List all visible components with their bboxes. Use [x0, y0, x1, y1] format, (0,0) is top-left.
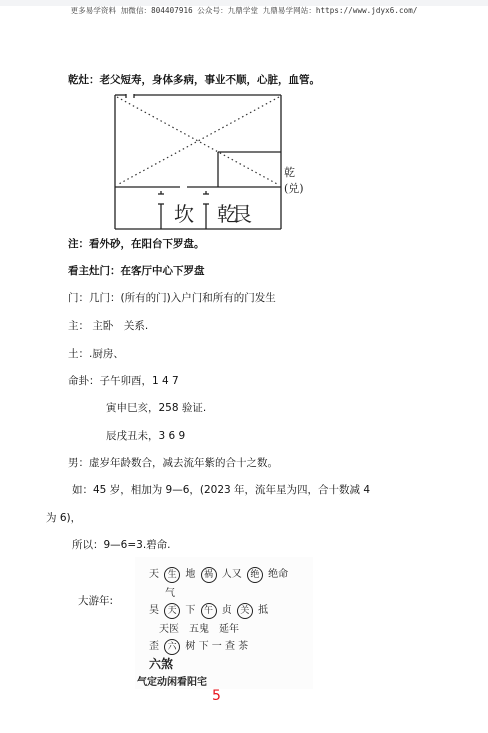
paragraph-earth: 土：.厨房、 — [68, 346, 124, 361]
circled-char: 六 — [164, 639, 180, 655]
paragraph-qian-zao: 乾灶：老父短寿，身体多病，事业不顺，心脏，血管。 — [68, 72, 320, 87]
paragraph-chen-xu: 辰戌丑未，3 6 9 — [106, 428, 185, 443]
paragraph-male: 男：虚岁年龄数合，减去流年紫的合十之数。 — [68, 455, 278, 470]
paragraph-yin-shen: 寅申巳亥，258 验证. — [106, 400, 206, 415]
dayounian-row-2-sub: 天医 五鬼 延年 — [159, 620, 239, 635]
circled-char: 关 — [237, 603, 253, 619]
page-header: 更多易学资料 加微信：804407916 公众号：九鼎学堂 九鼎易学网站：htt… — [0, 5, 488, 16]
circled-char: 天 — [164, 603, 180, 619]
paragraph-therefore: 所以：9—6=3.碧命. — [72, 537, 171, 552]
circled-char: 午 — [201, 603, 217, 619]
dayounian-row-3-sub: 六煞 — [149, 655, 173, 672]
dayounian-row-1: 天 生 地 祸 人又 绝 绝命 — [149, 565, 288, 583]
side-label-qian-dui: 乾(兑) — [284, 164, 304, 196]
circled-char: 绝 — [247, 567, 263, 583]
paragraph-example-cont: 为 6)， — [46, 510, 81, 525]
dayounian-row-3: 歪 六 树 下 一 查 茶 — [149, 637, 248, 655]
paragraph-ming-gua: 命卦：子午卯酉，1 4 7 — [68, 373, 179, 388]
paragraph-master: 主： 主卧 关系. — [68, 318, 148, 333]
dayounian-label: 大游年: — [78, 593, 113, 608]
paragraph-note: 注：看外砂，在阳台下罗盘。 — [68, 236, 205, 251]
circled-char: 祸 — [201, 567, 217, 583]
paragraph-door: 门：几门：(所有的门)入户门和所有的门发生 — [68, 290, 276, 305]
dayounian-row-2: 昊 天 下 午 贞 关 抵 — [149, 601, 268, 619]
floor-plan-diagram: 艮 坎 乾 乾(兑) — [114, 94, 282, 230]
dayounian-chart: 天 生 地 祸 人又 绝 绝命 气 昊 天 下 午 贞 关 抵 天医 五鬼 延年… — [135, 557, 313, 689]
floor-plan-svg — [114, 94, 282, 230]
circled-char: 生 — [164, 567, 180, 583]
room-label-kan: 坎 — [174, 198, 194, 227]
room-label-qian: 乾 — [217, 198, 237, 227]
paragraph-example: 如：45 岁，相加为 9—6，(2023 年，流年星为四，合十数减 4 — [72, 482, 370, 497]
page-number: 5 — [212, 688, 221, 704]
paragraph-main-stove-door: 看主灶门：在客厅中心下罗盘 — [68, 263, 205, 278]
dayounian-row-1-sub: 气 — [165, 584, 175, 599]
dayounian-row-4: 气定动闲看阳宅 — [137, 673, 207, 688]
